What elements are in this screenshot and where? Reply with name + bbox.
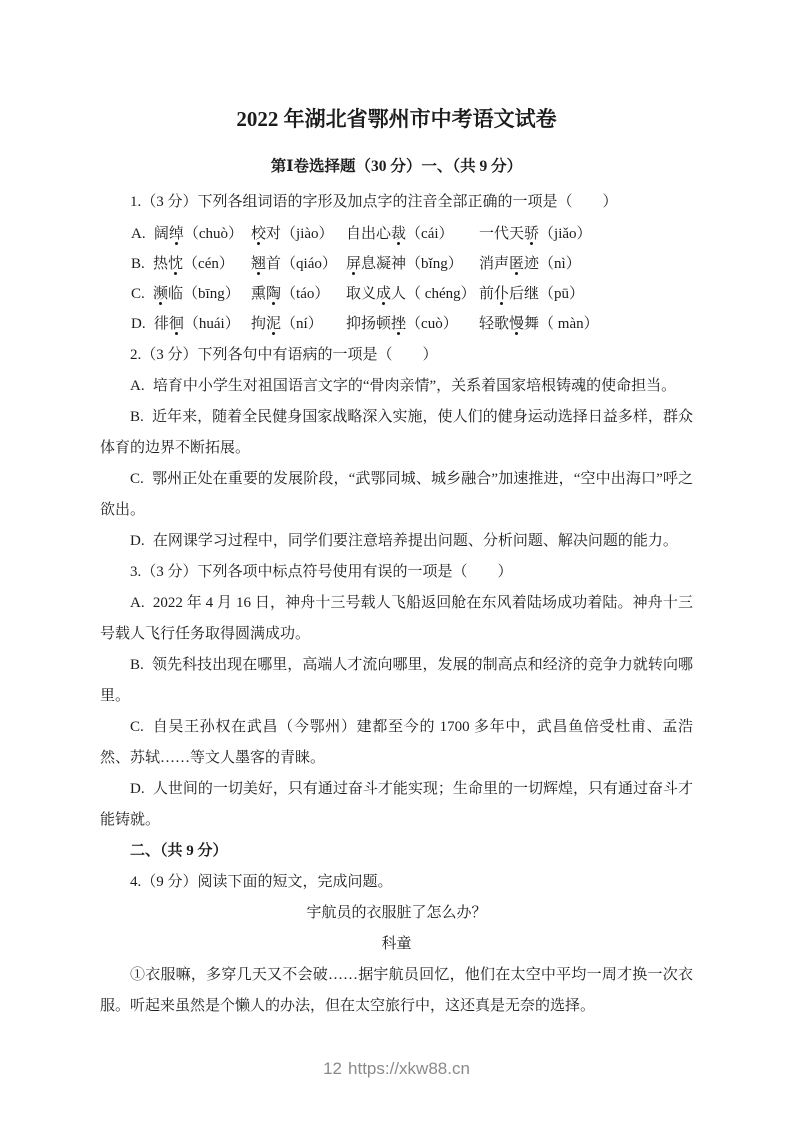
option-label: B.	[130, 409, 144, 425]
q1-word-item: A.阔绰（chuò）	[131, 219, 251, 249]
pinyin: （cuò）	[406, 316, 458, 332]
dotted-char: 校	[251, 226, 266, 242]
word-pre: 抑扬顿	[346, 316, 391, 332]
q1-word-item: 前仆后继（pū）	[479, 279, 693, 309]
pinyin: （chuò）	[184, 226, 243, 242]
q1-stem: 1.（3 分）下列各组词语的字形及加点字的注音全部正确的一项是（ ）	[100, 187, 693, 218]
option-label: D.	[130, 781, 145, 797]
option-label: B.	[131, 256, 145, 272]
section2-heading: 二、（共 9 分）	[100, 836, 693, 867]
option-label: A.	[131, 226, 146, 242]
option-text: 近年来，随着全民健身国家战略深入实施，使人们的健身运动选择日益多样，群众体育的边…	[100, 409, 693, 456]
q3-option-c: C.自吴王孙权在武昌（今鄂州）建都至今的 1700 多年中，武昌鱼倍受杜甫、孟浩…	[100, 712, 693, 774]
q1-word-item: 翘首（qiáo）	[251, 249, 346, 279]
option-label: D.	[130, 533, 145, 549]
dotted-char: 骄	[524, 226, 539, 242]
dotted-char: 挫	[391, 316, 406, 332]
pinyin: （bīng）	[183, 286, 240, 302]
q1-word-item: C.濒临（bīng）	[131, 279, 251, 309]
q1-word-item: 一代天骄（jiǎo）	[479, 219, 693, 249]
q4-stem: 4.（9 分）阅读下面的短文，完成问题。	[100, 867, 693, 898]
word-post: 人	[391, 286, 406, 302]
q3-option-d: D.人世间的一切美好，只有通过奋斗才能实现；生命里的一切辉煌，只有通过奋斗才能铸…	[100, 774, 693, 836]
q1-word-item: B.热忱（cén）	[131, 249, 251, 279]
pinyin: （jiào）	[281, 226, 334, 242]
pinyin: （cái）	[406, 226, 453, 242]
dotted-char: 濒	[153, 286, 168, 302]
dotted-char: 泥	[266, 316, 281, 332]
q1-options: A.阔绰（chuò） 校对（jiào） 自出心裁（cái） 一代天骄（jiǎo）…	[100, 219, 693, 339]
pinyin: （jiǎo）	[539, 226, 592, 242]
q2-option-c: C.鄂州正处在重要的发展阶段，“武鄂同城、城乡融合”加速推进，“空中出海口”呼之…	[100, 464, 693, 526]
q1-word-item: 校对（jiào）	[251, 219, 346, 249]
q1-option-row-c: C.濒临（bīng） 熏陶（táo） 取义成人（ chéng） 前仆后继（pū）	[100, 279, 693, 309]
option-text: 领先科技出现在哪里，高端人才流向哪里，发展的制高点和经济的竞争力就转向哪里。	[100, 657, 693, 704]
q2-option-d: D.在网课学习过程中，同学们要注意培养提出问题、分析问题、解决问题的能力。	[100, 526, 693, 557]
pinyin: （ chéng）	[406, 286, 476, 302]
word-post: 迹	[524, 256, 539, 272]
pinyin: （huái）	[184, 316, 240, 332]
word-pre: 热	[153, 256, 168, 272]
q1-word-item: 屏息凝神（bǐng）	[346, 249, 479, 279]
dotted-char: 绰	[169, 226, 184, 242]
word-post: 临	[168, 286, 183, 302]
q2-stem: 2.（3 分）下列各句中有语病的一项是（ ）	[100, 340, 693, 371]
word-pre: 自出心	[346, 226, 391, 242]
option-label: C.	[131, 286, 145, 302]
option-text: 培育中小学生对祖国语言文字的“骨肉亲情”，关系着国家培根铸魂的使命担当。	[153, 378, 676, 394]
page-number: 12	[323, 1059, 342, 1078]
essay-author: 科童	[100, 929, 693, 960]
q3-option-a: A.2022 年 4 月 16 日，神舟十三号载人飞船返回舱在东风着陆场成功着陆…	[100, 588, 693, 650]
q3-stem: 3.（3 分）下列各项中标点符号使用有误的一项是（ ）	[100, 557, 693, 588]
q1-word-item: 消声匿迹（nì）	[479, 249, 693, 279]
q1-word-item: 拘泥（ní）	[251, 309, 346, 339]
dotted-char: 陶	[266, 286, 281, 302]
q1-option-row-b: B.热忱（cén） 翘首（qiáo） 屏息凝神（bǐng） 消声匿迹（nì）	[100, 249, 693, 279]
option-label: A.	[130, 378, 145, 394]
word-post: 后继	[509, 286, 539, 302]
dotted-char: 屏	[346, 256, 361, 272]
q2-option-b: B.近年来，随着全民健身国家战略深入实施，使人们的健身运动选择日益多样，群众体育…	[100, 402, 693, 464]
q1-word-item: 取义成人（ chéng）	[346, 279, 479, 309]
pinyin: （pū）	[539, 286, 584, 302]
option-text: 人世间的一切美好，只有通过奋斗才能实现；生命里的一切辉煌，只有通过奋斗才能铸就。	[100, 781, 693, 828]
q1-word-item: 抑扬顿挫（cuò）	[346, 309, 479, 339]
q1-word-item: D.徘徊（huái）	[131, 309, 251, 339]
word-post: 息凝神	[361, 256, 406, 272]
word-pre: 前	[479, 286, 494, 302]
word-post: 对	[266, 226, 281, 242]
q1-option-row-a: A.阔绰（chuò） 校对（jiào） 自出心裁（cái） 一代天骄（jiǎo）	[100, 219, 693, 249]
section1-heading: 第Ⅰ卷选择题（30 分）一、（共 9 分）	[100, 151, 693, 182]
q1-word-item: 轻歌慢舞（ màn）	[479, 309, 693, 339]
q2-option-a: A.培育中小学生对祖国语言文字的“骨肉亲情”，关系着国家培根铸魂的使命担当。	[100, 371, 693, 402]
word-pre: 拘	[251, 316, 266, 332]
q1-word-item: 熏陶（táo）	[251, 279, 346, 309]
q3-option-b: B.领先科技出现在哪里，高端人才流向哪里，发展的制高点和经济的竞争力就转向哪里。	[100, 650, 693, 712]
option-text: 在网课学习过程中，同学们要注意培养提出问题、分析问题、解决问题的能力。	[153, 533, 678, 549]
page-footer: 12https://xkw88.cn	[100, 1059, 693, 1079]
pinyin: （bǐng）	[406, 256, 463, 272]
pinyin: （ màn）	[539, 316, 599, 332]
dotted-char: 裁	[391, 226, 406, 242]
word-pre: 徘	[154, 316, 169, 332]
option-label: A.	[130, 595, 145, 611]
dotted-char: 成	[376, 286, 391, 302]
dotted-char: 忱	[168, 256, 183, 272]
option-label: C.	[130, 719, 144, 735]
pinyin: （qiáo）	[281, 256, 337, 272]
word-post: 舞	[524, 316, 539, 332]
pinyin: （nì）	[539, 256, 581, 272]
word-pre: 轻歌	[479, 316, 509, 332]
word-pre: 取义	[346, 286, 376, 302]
essay-paragraph-1: ①衣服嘛，多穿几天又不会破……据宇航员回忆，他们在太空中平均一周才换一次衣服。听…	[100, 960, 693, 1022]
word-pre: 消声	[479, 256, 509, 272]
pinyin: （táo）	[281, 286, 329, 302]
option-text: 2022 年 4 月 16 日，神舟十三号载人飞船返回舱在东风着陆场成功着陆。神…	[100, 595, 693, 642]
option-label: C.	[130, 471, 144, 487]
option-text: 自吴王孙权在武昌（今鄂州）建都至今的 1700 多年中，武昌鱼倍受杜甫、孟浩然、…	[100, 719, 693, 766]
pinyin: （ní）	[281, 316, 323, 332]
pinyin: （cén）	[183, 256, 234, 272]
exam-page: 2022 年湖北省鄂州市中考语文试卷 第Ⅰ卷选择题（30 分）一、（共 9 分）…	[0, 0, 793, 1079]
q1-word-item: 自出心裁（cái）	[346, 219, 479, 249]
dotted-char: 匿	[509, 256, 524, 272]
footer-url: https://xkw88.cn	[348, 1059, 470, 1078]
essay-title: 宇航员的衣服脏了怎么办？	[100, 898, 693, 929]
dotted-char: 仆	[494, 286, 509, 302]
word-pre: 一代天	[479, 226, 524, 242]
word-pre: 熏	[251, 286, 266, 302]
q1-option-row-d: D.徘徊（huái） 拘泥（ní） 抑扬顿挫（cuò） 轻歌慢舞（ màn）	[100, 309, 693, 339]
option-label: D.	[131, 316, 146, 332]
dotted-char: 慢	[509, 316, 524, 332]
dotted-char: 翘	[251, 256, 266, 272]
word-pre: 阔	[154, 226, 169, 242]
option-text: 鄂州正处在重要的发展阶段，“武鄂同城、城乡融合”加速推进，“空中出海口”呼之欲出…	[100, 471, 693, 518]
dotted-char: 徊	[169, 316, 184, 332]
word-post: 首	[266, 256, 281, 272]
page-title: 2022 年湖北省鄂州市中考语文试卷	[100, 104, 693, 134]
option-label: B.	[130, 657, 144, 673]
